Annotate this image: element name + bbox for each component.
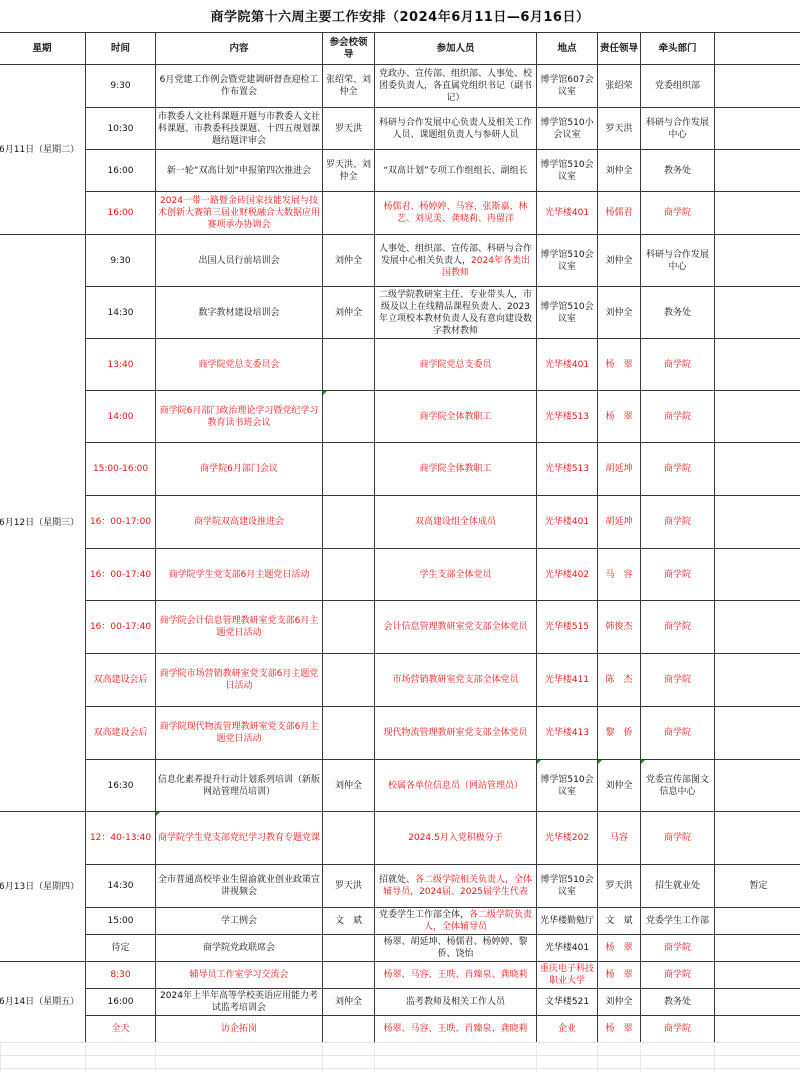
col-header: 参会校领导	[323, 33, 375, 65]
location-cell: 博学馆510会议室	[537, 150, 598, 192]
dept-cell: 商学院	[641, 339, 715, 391]
table-row: 16：00-17:40商学院会计信息管理教研室党支部6月主题党日活动会计信息管理…	[0, 601, 800, 654]
time-cell: 10:30	[86, 108, 156, 150]
responsible-cell: 刘仲全	[598, 235, 641, 287]
dept-cell: 商学院	[641, 601, 715, 654]
day-cell: 6月14日（星期五）	[0, 962, 86, 1043]
content-cell: 商学院市场营销教研室党支部6月主题党日活动	[156, 654, 323, 707]
time-cell: 15:00	[86, 908, 156, 935]
note-cell	[715, 339, 800, 391]
note-cell	[715, 235, 800, 287]
dept-cell: 教务处	[641, 150, 715, 192]
content-cell: 信息化素养提升行动计划系列培训（新版网站管理员培训）	[156, 760, 323, 812]
content-cell: 商学院6月部门会议	[156, 443, 323, 496]
day-cell: 6月11日（星期二）	[0, 65, 86, 235]
note-cell	[715, 391, 800, 443]
empty-grid	[0, 1042, 800, 1072]
time-cell: 16:00	[86, 989, 156, 1016]
content-cell: 商学院双高建设推进会	[156, 496, 323, 549]
participants-cell: 党政办、宣传部、组织部、人事处、校团委负责人，各直属党组织书记（副书记）	[375, 65, 537, 108]
participants-cell: 会计信息管理教研室党支部全体党员	[375, 601, 537, 654]
participants-text: 校属各单位信息员（网站管理员）	[388, 781, 523, 791]
participants-text: 党政办、宣传部、组织部、人事处、校团委负责人，各直属党组织书记（副书记）	[379, 69, 532, 103]
responsible-cell: 张绍荣	[598, 65, 641, 108]
dept-cell: 科研与合作发展中心	[641, 235, 715, 287]
time-cell: 9:30	[86, 235, 156, 287]
location-cell: 光华楼513	[537, 391, 598, 443]
location-cell: 光华楼413	[537, 707, 598, 760]
participants-cell: 监考教师及相关工作人员	[375, 989, 537, 1016]
content-cell: 2024一带一路暨金砖国家技能发展与技术创新大赛第三届业财税融合大数据应用赛项承…	[156, 192, 323, 235]
participants-text: 学生支部全体党员	[419, 570, 491, 580]
leader-cell	[323, 1016, 375, 1043]
location-cell: 光华楼勤勉厅	[537, 908, 598, 935]
schedule-table: 星期 时间 内容 参会校领导 参加人员 地点 责任领导 牵头部门 6月11日（星…	[0, 32, 800, 1043]
responsible-cell: 胡延坤	[598, 443, 641, 496]
leader-cell	[323, 496, 375, 549]
time-cell: 14:30	[86, 287, 156, 339]
note-cell	[715, 496, 800, 549]
note-cell	[715, 1016, 800, 1043]
dept-cell: 商学院	[641, 935, 715, 962]
responsible-cell: 马 容	[598, 549, 641, 601]
location-cell: 光华楼401	[537, 192, 598, 235]
table-row: 16:30信息化素养提升行动计划系列培训（新版网站管理员培训）刘仲全校属各单位信…	[0, 760, 800, 812]
content-cell: 商学院学生党支部党纪学习教育专题党课	[156, 812, 323, 865]
dept-cell: 商学院	[641, 1016, 715, 1043]
content-cell: 数字教材建设培训会	[156, 287, 323, 339]
content-cell: 市教委人文社科课题开题与市教委人文社科课题、市教委科技课题、十四五规划课题结题评…	[156, 108, 323, 150]
responsible-cell: 杨 翠	[598, 339, 641, 391]
participants-cell: 双高建设组全体成员	[375, 496, 537, 549]
grid-line	[597, 1042, 598, 1072]
grid-line	[155, 1042, 156, 1072]
responsible-cell: 杨 翠	[598, 1016, 641, 1043]
leader-cell: 罗天洪、刘仲全	[323, 150, 375, 192]
leader-cell: 刘仲全	[323, 989, 375, 1016]
leader-cell	[323, 601, 375, 654]
content-cell: 2024年上半年高等学校英语应用能力考试监考培训会	[156, 989, 323, 1016]
location-cell: 光华楼401	[537, 496, 598, 549]
responsible-cell: 杨 翠	[598, 962, 641, 989]
note-cell	[715, 108, 800, 150]
time-cell: 16:00	[86, 150, 156, 192]
table-row: 16:00新一轮“双高计划”申报第四次推进会罗天洪、刘仲全“双高计划”专项工作组…	[0, 150, 800, 192]
time-cell: 16：00-17:00	[86, 496, 156, 549]
participants-cell: 现代物流管理教研室党支部全体党员	[375, 707, 537, 760]
location-cell: 文华楼521	[537, 989, 598, 1016]
leader-cell	[323, 391, 375, 443]
participants-text: 监考教师及相关工作人员	[406, 997, 505, 1007]
content-cell: 出国人员行前培训会	[156, 235, 323, 287]
dept-cell: 商学院	[641, 962, 715, 989]
participants-cell: 招就处、各二级学院相关负责人，全体辅导员，2024届、2025届学生代表	[375, 865, 537, 908]
participants-text: 2024.5月入党积极分子	[408, 833, 503, 843]
time-cell: 15:00-16:00	[86, 443, 156, 496]
responsible-cell: 杨 翠	[598, 391, 641, 443]
content-cell: 全市普通高校毕业生留渝就业创业政策宣讲视频会	[156, 865, 323, 908]
table-row: 10:30市教委人文社科课题开题与市教委人文社科课题、市教委科技课题、十四五规划…	[0, 108, 800, 150]
grid-line	[374, 1042, 375, 1072]
schedule-body: 6月11日（星期二）9:306月党建工作例会暨党建调研督查迎检工作布置会张绍荣、…	[0, 65, 800, 1043]
table-row: 14:30数字教材建设培训会刘仲全二级学院教研室主任、专业带头人，市级及以上在线…	[0, 287, 800, 339]
responsible-cell: 陈 杰	[598, 654, 641, 707]
table-row: 16:002024一带一路暨金砖国家技能发展与技术创新大赛第三届业财税融合大数据…	[0, 192, 800, 235]
grid-line	[536, 1042, 537, 1072]
leader-cell	[323, 707, 375, 760]
participants-text: 市场营销教研室党支部全体党员	[392, 675, 518, 685]
time-cell: 16:00	[86, 192, 156, 235]
dept-cell: 商学院	[641, 812, 715, 865]
note-cell	[715, 192, 800, 235]
location-cell: 光华楼515	[537, 601, 598, 654]
location-cell: 博学馆510会议室	[537, 287, 598, 339]
col-header: 地点	[537, 33, 598, 65]
note-cell	[715, 908, 800, 935]
participants-text: 党委学生工作部全体，	[379, 910, 469, 920]
time-cell: 双高建设会后	[86, 707, 156, 760]
participants-cell: 杨翠、马容、王昳、肖臻泉、龚晓莉	[375, 1016, 537, 1043]
participants-cell: 人事处、组织部、宣传部、科研与合作发展中心相关负责人，2024年各类出国教师	[375, 235, 537, 287]
participants-cell: 学生支部全体党员	[375, 549, 537, 601]
table-row: 双高建设会后商学院市场营销教研室党支部6月主题党日活动市场营销教研室党支部全体党…	[0, 654, 800, 707]
leader-cell	[323, 339, 375, 391]
responsible-cell: 刘仲全	[598, 760, 641, 812]
content-cell: 6月党建工作例会暨党建调研督查迎检工作布置会	[156, 65, 323, 108]
participants-cell: 商学院全体教职工	[375, 443, 537, 496]
responsible-cell: 刘仲全	[598, 287, 641, 339]
col-header	[715, 33, 800, 65]
time-cell: 14:30	[86, 865, 156, 908]
responsible-cell: 杨儒君	[598, 192, 641, 235]
table-row: 16：00-17:40商学院学生党支部6月主题党日活动学生支部全体党员光华楼40…	[0, 549, 800, 601]
location-cell: 光华楼513	[537, 443, 598, 496]
participants-cell: 2024.5月入党积极分子	[375, 812, 537, 865]
table-row: 16：00-17:00商学院双高建设推进会双高建设组全体成员光华楼401胡延坤商…	[0, 496, 800, 549]
dept-cell: 商学院	[641, 391, 715, 443]
participants-text: 会计信息管理教研室党支部全体党员	[383, 622, 527, 632]
participants-cell: 二级学院教研室主任、专业带头人，市级及以上在线精品课程负责人、2023年立项校本…	[375, 287, 537, 339]
time-cell: 13:40	[86, 339, 156, 391]
responsible-cell: 文 斌	[598, 908, 641, 935]
participants-text: 二级学院教研室主任、专业带头人，市级及以上在线精品课程负责人、2023年立项校本…	[379, 290, 532, 336]
leader-cell	[323, 654, 375, 707]
leader-cell	[323, 935, 375, 962]
time-cell: 待定	[86, 935, 156, 962]
dept-cell: 教务处	[641, 989, 715, 1016]
day-cell: 6月12日（星期三）	[0, 235, 86, 812]
table-row: 14:00商学院6月部门政治理论学习暨党纪学习教育读书班会议商学院全体教职工光华…	[0, 391, 800, 443]
time-cell: 8:30	[86, 962, 156, 989]
participants-cell: 商学院党总支委员	[375, 339, 537, 391]
leader-cell: 刘仲全	[323, 287, 375, 339]
col-header: 牵头部门	[641, 33, 715, 65]
participants-text: 科研与合作发展中心负责人及相关工作人员、课题组负责人与参研人员	[379, 118, 532, 140]
table-row: 16:002024年上半年高等学校英语应用能力考试监考培训会刘仲全监考教师及相关…	[0, 989, 800, 1016]
content-cell: 商学院现代物流管理教研室党支部6月主题党日活动	[156, 707, 323, 760]
leader-cell	[323, 443, 375, 496]
content-cell: 商学院6月部门政治理论学习暨党纪学习教育读书班会议	[156, 391, 323, 443]
participants-text: 杨翠、马容、王昳、肖臻泉、龚晓莉	[383, 1024, 527, 1034]
content-cell: 商学院会计信息管理教研室党支部6月主题党日活动	[156, 601, 323, 654]
grid-line	[714, 1042, 715, 1072]
leader-cell	[323, 549, 375, 601]
dept-cell: 商学院	[641, 192, 715, 235]
note-cell	[715, 935, 800, 962]
location-cell: 博学馆510小会议室	[537, 108, 598, 150]
leader-cell	[323, 192, 375, 235]
participants-text: 杨儒君、杨婷婷、马容、张斯嘉、林艺、刘见美、龚晓莉、冉留洋	[383, 202, 527, 224]
responsible-cell: 韩俊杰	[598, 601, 641, 654]
dept-cell: 党委宣传部图文信息中心	[641, 760, 715, 812]
table-row: 待定商学院党政联席会杨翠、胡延坤、杨儒君、杨婷婷、黎侨、饶怡光华楼401杨 翠商…	[0, 935, 800, 962]
time-cell: 14:00	[86, 391, 156, 443]
table-row: 6月12日（星期三）9:30出国人员行前培训会刘仲全人事处、组织部、宣传部、科研…	[0, 235, 800, 287]
content-cell: 辅导员工作室学习交流会	[156, 962, 323, 989]
leader-cell: 罗天洪	[323, 865, 375, 908]
responsible-cell: 刘仲全	[598, 989, 641, 1016]
location-cell: 博学馆510会议室	[537, 235, 598, 287]
time-cell: 全天	[86, 1016, 156, 1043]
responsible-cell: 胡延坤	[598, 496, 641, 549]
dept-cell: 招生就业处	[641, 865, 715, 908]
responsible-cell: 罗天洪	[598, 108, 641, 150]
participants-text: “双高计划”专项工作组组长、副组长	[383, 166, 527, 176]
participants-cell: 杨翠、马容、王昳、肖臻泉、龚晓莉	[375, 962, 537, 989]
participants-text: 商学院全体教职工	[419, 464, 491, 474]
responsible-cell: 刘仲全	[598, 150, 641, 192]
time-cell: 12：40-13:40	[86, 812, 156, 865]
content-cell: 访企拓岗	[156, 1016, 323, 1043]
participants-cell: 校属各单位信息员（网站管理员）	[375, 760, 537, 812]
responsible-cell: 杨 翠	[598, 935, 641, 962]
leader-cell: 刘仲全	[323, 760, 375, 812]
table-row: 15:00学工例会文 斌党委学生工作部全体，各二级学院负责人，全体辅导员光华楼勤…	[0, 908, 800, 935]
time-cell: 16：00-17:40	[86, 549, 156, 601]
table-row: 13:40商学院党总支委员会商学院党总支委员光华楼401杨 翠商学院	[0, 339, 800, 391]
grid-line	[322, 1042, 323, 1072]
col-header: 内容	[156, 33, 323, 65]
table-row: 6月11日（星期二）9:306月党建工作例会暨党建调研督查迎检工作布置会张绍荣、…	[0, 65, 800, 108]
dept-cell: 教务处	[641, 287, 715, 339]
page-title: 商学院第十六周主要工作安排（2024年6月11日—6月16日）	[0, 6, 800, 25]
col-header: 责任领导	[598, 33, 641, 65]
leader-cell: 罗天洪	[323, 108, 375, 150]
note-cell	[715, 65, 800, 108]
table-row: 全天访企拓岗杨翠、马容、王昳、肖臻泉、龚晓莉企业杨 翠商学院	[0, 1016, 800, 1043]
location-cell: 光华楼401	[537, 935, 598, 962]
content-cell: 商学院学生党支部6月主题党日活动	[156, 549, 323, 601]
col-header: 参加人员	[375, 33, 537, 65]
note-cell	[715, 707, 800, 760]
participants-cell: 市场营销教研室党支部全体党员	[375, 654, 537, 707]
time-cell: 16：00-17:40	[86, 601, 156, 654]
dept-cell: 党委组织部	[641, 65, 715, 108]
dept-cell: 党委学生工作部	[641, 908, 715, 935]
participants-text: 招就处、	[379, 875, 415, 885]
participants-cell: 党委学生工作部全体，各二级学院负责人，全体辅导员	[375, 908, 537, 935]
note-cell	[715, 760, 800, 812]
responsible-cell: 黎 侨	[598, 707, 641, 760]
participants-text: 杨翠、胡延坤、杨儒君、杨婷婷、黎侨、饶怡	[383, 937, 527, 959]
table-row: 双高建设会后商学院现代物流管理教研室党支部6月主题党日活动现代物流管理教研室党支…	[0, 707, 800, 760]
participants-text: 双高建设组全体成员	[415, 517, 496, 527]
note-cell	[715, 150, 800, 192]
participants-text: 商学院全体教职工	[419, 412, 491, 422]
location-cell: 光华楼402	[537, 549, 598, 601]
content-cell: 商学院党政联席会	[156, 935, 323, 962]
note-cell	[715, 287, 800, 339]
location-cell: 博学馆510会议室	[537, 760, 598, 812]
note-cell: 暂定	[715, 865, 800, 908]
time-cell: 双高建设会后	[86, 654, 156, 707]
participants-cell: 科研与合作发展中心负责人及相关工作人员、课题组负责人与参研人员	[375, 108, 537, 150]
day-cell: 6月13日（星期四）	[0, 812, 86, 962]
content-cell: 学工例会	[156, 908, 323, 935]
participants-text: 杨翠、马容、王昳、肖臻泉、龚晓莉	[383, 970, 527, 980]
col-header: 时间	[86, 33, 156, 65]
dept-cell: 商学院	[641, 654, 715, 707]
participants-cell: 杨儒君、杨婷婷、马容、张斯嘉、林艺、刘见美、龚晓莉、冉留洋	[375, 192, 537, 235]
dept-cell: 商学院	[641, 707, 715, 760]
location-cell: 博学馆510会议室	[537, 865, 598, 908]
note-cell	[715, 812, 800, 865]
note-cell	[715, 962, 800, 989]
note-cell	[715, 601, 800, 654]
responsible-cell: 罗天洪	[598, 865, 641, 908]
leader-cell: 文 斌	[323, 908, 375, 935]
participants-cell: “双高计划”专项工作组组长、副组长	[375, 150, 537, 192]
location-cell: 光华楼401	[537, 339, 598, 391]
location-cell: 企业	[537, 1016, 598, 1043]
grid-line	[85, 1042, 86, 1072]
participants-cell: 杨翠、胡延坤、杨儒君、杨婷婷、黎侨、饶怡	[375, 935, 537, 962]
leader-cell: 刘仲全	[323, 235, 375, 287]
note-cell	[715, 443, 800, 496]
leader-cell: 张绍荣、刘仲全	[323, 65, 375, 108]
location-cell: 重庆电子科技职业大学	[537, 962, 598, 989]
table-row: 6月13日（星期四）12：40-13:40商学院学生党支部党纪学习教育专题党课2…	[0, 812, 800, 865]
participants-cell: 商学院全体教职工	[375, 391, 537, 443]
note-cell	[715, 549, 800, 601]
participants-text: 商学院党总支委员	[419, 360, 491, 370]
content-cell: 新一轮“双高计划”申报第四次推进会	[156, 150, 323, 192]
table-row: 14:30全市普通高校毕业生留渝就业创业政策宣讲视频会罗天洪招就处、各二级学院相…	[0, 865, 800, 908]
dept-cell: 商学院	[641, 549, 715, 601]
participants-text: 现代物流管理教研室党支部全体党员	[383, 728, 527, 738]
time-cell: 9:30	[86, 65, 156, 108]
grid-line	[640, 1042, 641, 1072]
note-cell	[715, 989, 800, 1016]
location-cell: 光华楼202	[537, 812, 598, 865]
responsible-cell: 马容	[598, 812, 641, 865]
dept-cell: 科研与合作发展中心	[641, 108, 715, 150]
leader-cell	[323, 812, 375, 865]
dept-cell: 商学院	[641, 496, 715, 549]
leader-cell	[323, 962, 375, 989]
col-header: 星期	[0, 33, 86, 65]
dept-cell: 商学院	[641, 443, 715, 496]
time-cell: 16:30	[86, 760, 156, 812]
table-row: 15:00-16:00商学院6月部门会议商学院全体教职工光华楼513胡延坤商学院	[0, 443, 800, 496]
note-cell	[715, 654, 800, 707]
content-cell: 商学院党总支委员会	[156, 339, 323, 391]
location-cell: 光华楼411	[537, 654, 598, 707]
table-row: 6月14日（星期五）8:30辅导员工作室学习交流会杨翠、马容、王昳、肖臻泉、龚晓…	[0, 962, 800, 989]
header-row: 星期 时间 内容 参会校领导 参加人员 地点 责任领导 牵头部门	[0, 33, 800, 65]
location-cell: 博学馆607会议室	[537, 65, 598, 108]
